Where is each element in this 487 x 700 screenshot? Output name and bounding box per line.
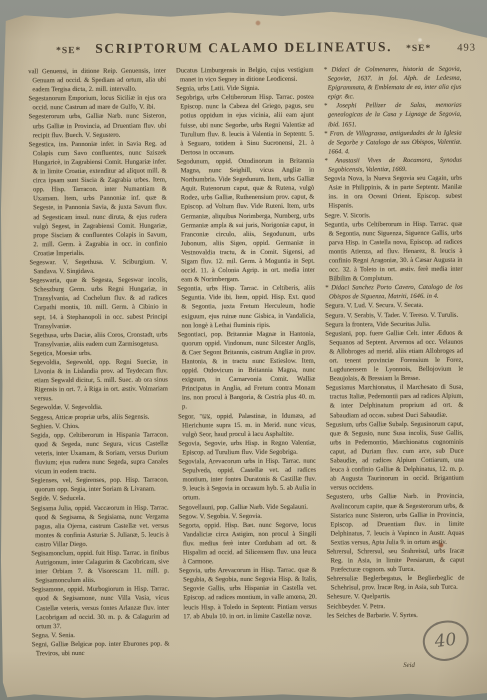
dictionary-entry: Segevoldia, Segewold, opp. Regni Sueciæ,… <box>30 357 168 403</box>
dictionary-entry: Segestanorum Emporium, locus Siciliæ in … <box>28 94 166 113</box>
dictionary-entry: * Didaci Sanchez Porto Cavero, Catalogo … <box>325 283 463 302</box>
dictionary-entry: Segisamonclum, oppid. fuit Hisp. Tarrac.… <box>31 548 169 585</box>
dictionary-entry: * Fran. de Villagrassa, antiguedades de … <box>324 128 462 156</box>
dictionary-entry: Segida, opp. Celtiberorum in Hispania Ta… <box>30 430 168 476</box>
dictionary-entry: Segusiani, pop. fuere Galliæ Celt. inter… <box>325 328 463 383</box>
dictionary-entry: Segorta, oppid. Hisp. Bæt. nunc Segorve,… <box>179 520 317 566</box>
text-columns: vall Genuensi, in ditione Reip. Genuensi… <box>28 65 465 664</box>
dictionary-entry: Segisama Julia, oppid. Vaccæorum in Hisp… <box>31 503 169 549</box>
dictionary-entry: Segontiaci, pop. Britanniæ Magnæ in Hant… <box>178 329 316 412</box>
page-number: 493 <box>457 43 476 54</box>
dictionary-entry: les Seiches de Barbarie. V. Syrtes. <box>327 610 465 620</box>
dictionary-entry: Segobriga, urbs Celtiberorum Hisp. Tarra… <box>176 93 314 157</box>
dictionary-entry: Segovellauni, pop. Galliæ Narb. Vide Seg… <box>179 502 317 512</box>
page-content: *SE* SCRIPTORUM CALAMO DELINEATUS. *SE* … <box>0 0 487 700</box>
dictionary-entry: * Anastasii Vives de Rocamora, Synodus S… <box>324 156 462 175</box>
dictionary-entry: Segor, צער, oppid. Palæstinæ, in Idumæa,… <box>178 411 316 439</box>
dictionary-entry: Segestica, ins. Pannoniæ infer. in Savia… <box>29 139 167 258</box>
dictionary-entry: Segovia Nova, la Nueva Segovia seu Cagai… <box>324 174 462 211</box>
dictionary-entry: Segusium, urbs Galliæ Subalp. Segusinoru… <box>326 419 464 493</box>
dictionary-entry: Segovia, Segovie, urbs Hisp. in Regno Va… <box>178 438 316 457</box>
handwritten-number: 40 <box>434 630 458 652</box>
header-ornament-left: *SE* <box>56 46 81 56</box>
dictionary-entry: Segethusa, urbs Daciæ, aliis Coros, Cron… <box>30 330 168 349</box>
dictionary-entry: Sehrersul, Schrersul, seu Srahreisul, ur… <box>327 547 465 575</box>
page-title: SCRIPTORUM CALAMO DELINEATUS. <box>95 39 392 57</box>
dictionary-entry: Segesterorum urbs, Galliæ Narb. nunc Sis… <box>29 112 167 140</box>
text-column-1: vall Genuensi, in ditione Reip. Genuensi… <box>28 66 169 663</box>
dictionary-entry: Segusianus Marchionatus, il Marchesato d… <box>326 383 464 420</box>
page-header: *SE* SCRIPTORUM CALAMO DELINEATUS. *SE* … <box>30 39 463 62</box>
dictionary-entry: Segustero, urbs Galliæ Narb. in Provinci… <box>326 492 464 547</box>
dictionary-entry: Segeswaria, quæ & Segesta, Segeswar inco… <box>30 276 168 331</box>
dictionary-entry: Seguntia, urbs Celtiberorum in Hisp. Tar… <box>325 219 463 283</box>
dictionary-entry: Segovia, urbs Arevacorum in Hisp. Tarrac… <box>179 566 317 621</box>
text-column-3: * Didaci de Colmenares, historia de Sego… <box>324 65 465 662</box>
dictionary-entry: Segontia, urbs Hisp. Tarrac. in Celtiber… <box>177 284 315 330</box>
dictionary-entry: Segoviala, Arevacorum urbs in Hisp. Tarr… <box>178 457 316 503</box>
catchword: Seid <box>403 662 415 669</box>
dictionary-entry: Segisamone, oppid. Murbogiorum in Hisp. … <box>31 585 169 631</box>
dictionary-entry: * Didaci de Colmenares, historia de Sego… <box>324 65 462 102</box>
header-ornament-right: *SE* <box>406 44 431 54</box>
dictionary-entry: Segeswar. V. Segethusa. V. Sciburgium. V… <box>29 257 167 276</box>
dictionary-entry: Segodunum, oppid. Ottodinorum in Britann… <box>176 157 314 285</box>
text-column-2: Ducatus Limburgensis in Belgio, cujus ve… <box>176 66 317 663</box>
dictionary-entry: Segni, Galliæ Belgicæ pop. inter Eburone… <box>32 639 170 658</box>
dictionary-entry: * Josephi Pellizer de Salas, memorias ge… <box>324 101 462 129</box>
dictionary-entry: vall Genuensi, in ditione Reip. Genuensi… <box>28 66 166 94</box>
dictionary-entry: Seggesa, Atticæ propriæ urbs, aliis Sege… <box>30 412 168 422</box>
dictionary-entry: Segura. V. Serabis, V. Tader. V. Tereso.… <box>325 310 463 320</box>
dictionary-entry: Segienses, vel, Segirenses, pop. Hisp. T… <box>31 476 169 495</box>
dictionary-entry: Sehrersuliæ Beglerbegatus, le Beglierbeg… <box>327 574 465 593</box>
book-page: *SE* SCRIPTORUM CALAMO DELINEATUS. *SE* … <box>0 0 487 700</box>
dictionary-entry: Ducatus Limburgensis in Belgio, cujus ve… <box>176 66 314 85</box>
